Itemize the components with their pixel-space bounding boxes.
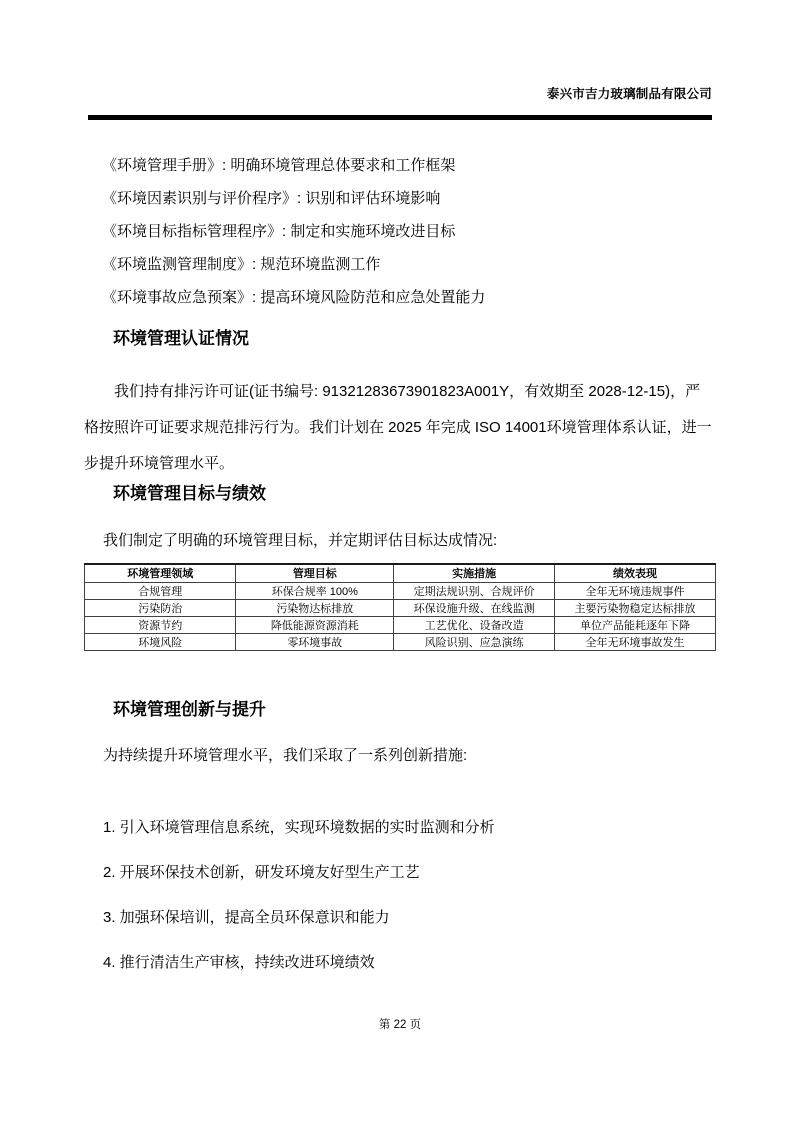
table-cell: 降低能源资源消耗 [236, 616, 394, 633]
table-cell: 污染防治 [85, 599, 236, 616]
column-header: 绩效表现 [555, 564, 716, 582]
table-cell: 主要污染物稳定达标排放 [555, 599, 716, 616]
list-item: 《环境因素识别与评价程序》: 识别和评估环境影响 [102, 189, 712, 208]
table-cell: 单位产品能耗逐年下降 [555, 616, 716, 633]
list-item: 《环境监测管理制度》: 规范环境监测工作 [102, 255, 712, 274]
table-cell: 资源节约 [85, 616, 236, 633]
measures-list: 1. 引入环境管理信息系统，实现环境数据的实时监测和分析 2. 开展环保技术创新… [103, 818, 712, 972]
table-cell: 环保合规率 100% [236, 582, 394, 599]
table-cell: 零环境事故 [236, 633, 394, 650]
table-cell: 环境风险 [85, 633, 236, 650]
table-cell: 全年无环境违规事件 [555, 582, 716, 599]
column-header: 实施措施 [394, 564, 555, 582]
section-heading-innovation: 环境管理创新与提升 [88, 699, 712, 721]
table-cell: 污染物达标排放 [236, 599, 394, 616]
table-row: 环境风险 零环境事故 风险识别、应急演练 全年无环境事故发生 [85, 633, 716, 650]
page-number: 第 22 页 [379, 1019, 421, 1031]
table-cell: 风险识别、应急演练 [394, 633, 555, 650]
table-cell: 全年无环境事故发生 [555, 633, 716, 650]
table-cell: 环保设施升级、在线监测 [394, 599, 555, 616]
table-cell: 合规管理 [85, 582, 236, 599]
certification-paragraph: 我们持有排污许可证(证书编号: 91321283673901823A001Y，有… [84, 374, 715, 482]
page-footer: 第 22 页 [0, 1018, 800, 1032]
document-list: 《环境管理手册》: 明确环境管理总体要求和工作框架 《环境因素识别与评价程序》:… [102, 156, 712, 307]
table-row: 合规管理 环保合规率 100% 定期法规识别、合规评价 全年无环境违规事件 [85, 582, 716, 599]
section-heading-certification: 环境管理认证情况 [88, 328, 712, 350]
list-item: 《环境管理手册》: 明确环境管理总体要求和工作框架 [102, 156, 712, 175]
measure-item: 3. 加强环保培训，提高全员环保意识和能力 [103, 908, 712, 927]
measure-item: 2. 开展环保技术创新，研发环境友好型生产工艺 [103, 863, 712, 882]
performance-table: 环境管理领域 管理目标 实施措施 绩效表现 合规管理 环保合规率 100% 定期… [84, 563, 716, 651]
table-header-row: 环境管理领域 管理目标 实施措施 绩效表现 [85, 564, 716, 582]
document-page: 泰兴市吉力玻璃制品有限公司 《环境管理手册》: 明确环境管理总体要求和工作框架 … [0, 0, 800, 1131]
section-heading-targets: 环境管理目标与绩效 [88, 483, 712, 505]
table-row: 污染防治 污染物达标排放 环保设施升级、在线监测 主要污染物稳定达标排放 [85, 599, 716, 616]
table-cell: 工艺优化、设备改造 [394, 616, 555, 633]
innovation-intro: 为持续提升环境管理水平，我们采取了一系列创新措施: [103, 746, 712, 766]
column-header: 管理目标 [236, 564, 394, 582]
page-header: 泰兴市吉力玻璃制品有限公司 [88, 0, 712, 102]
column-header: 环境管理领域 [85, 564, 236, 582]
list-item: 《环境事故应急预案》: 提高环境风险防范和应急处置能力 [102, 288, 712, 307]
measure-item: 1. 引入环境管理信息系统，实现环境数据的实时监测和分析 [103, 818, 712, 837]
targets-intro: 我们制定了明确的环境管理目标，并定期评估目标达成情况: [103, 531, 712, 551]
table-row: 资源节约 降低能源资源消耗 工艺优化、设备改造 单位产品能耗逐年下降 [85, 616, 716, 633]
list-item: 《环境目标指标管理程序》: 制定和实施环境改进目标 [102, 222, 712, 241]
measure-item: 4. 推行清洁生产审核，持续改进环境绩效 [103, 953, 712, 972]
header-rule [88, 115, 712, 120]
company-name: 泰兴市吉力玻璃制品有限公司 [88, 86, 712, 102]
table-cell: 定期法规识别、合规评价 [394, 582, 555, 599]
